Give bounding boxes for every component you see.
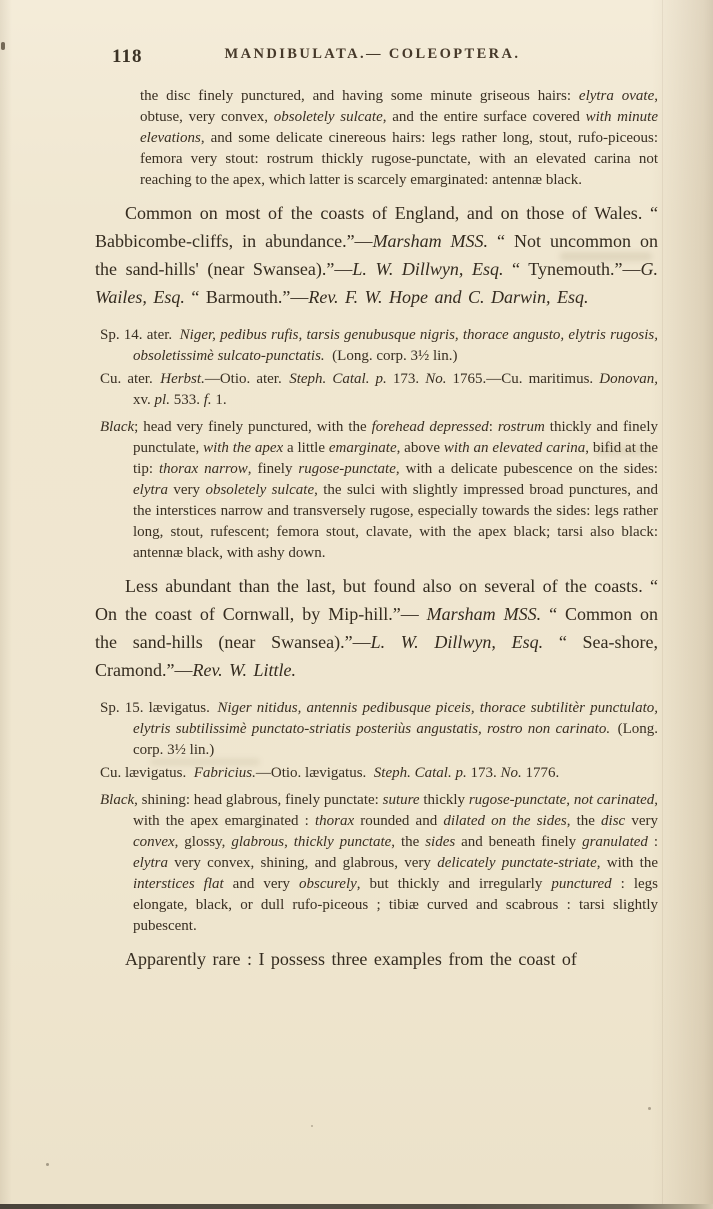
running-head: MANDIBULATA.— COLEOPTERA. — [16, 46, 713, 63]
species-14-description: Black; head very finely punctured, with … — [95, 417, 658, 564]
page-crease — [662, 0, 663, 1209]
locality-paragraph-1: Common on most of the coasts of England,… — [95, 199, 658, 311]
species-15-description: Black, shining: head glabrous, finely pu… — [95, 790, 658, 937]
ink-speck — [311, 1125, 313, 1127]
description-continuation: the disc finely punctured, and having so… — [140, 86, 658, 191]
species-14-diagnosis: Sp. 14. ater. Niger, pedibus rufis, tars… — [95, 325, 658, 367]
ink-speck — [648, 1107, 651, 1110]
locality-paragraph-2: Less abundant than the last, but found a… — [95, 572, 658, 684]
scan-bottom-edge — [0, 1204, 713, 1209]
page-content: the disc finely punctured, and having so… — [95, 86, 658, 973]
species-15-diagnosis: Sp. 15. lævigatus. Niger nitidus, antenn… — [95, 698, 658, 761]
page-header: 118 MANDIBULATA.— COLEOPTERA. — [0, 0, 713, 70]
left-page-edge-shadow — [0, 0, 12, 1209]
scanned-book-page: { "page": { "number": "118", "running_he… — [0, 0, 713, 1209]
closing-paragraph: Apparently rare : I possess three exampl… — [95, 945, 658, 973]
species-15-synonymy: Cu. lævigatus. Fabricius.—Otio. lævigatu… — [95, 763, 658, 784]
species-14-synonymy: Cu. ater. Herbst.—Otio. ater. Steph. Cat… — [95, 369, 658, 411]
ink-speck — [46, 1163, 49, 1166]
right-page-edge-shadow — [651, 0, 713, 1209]
